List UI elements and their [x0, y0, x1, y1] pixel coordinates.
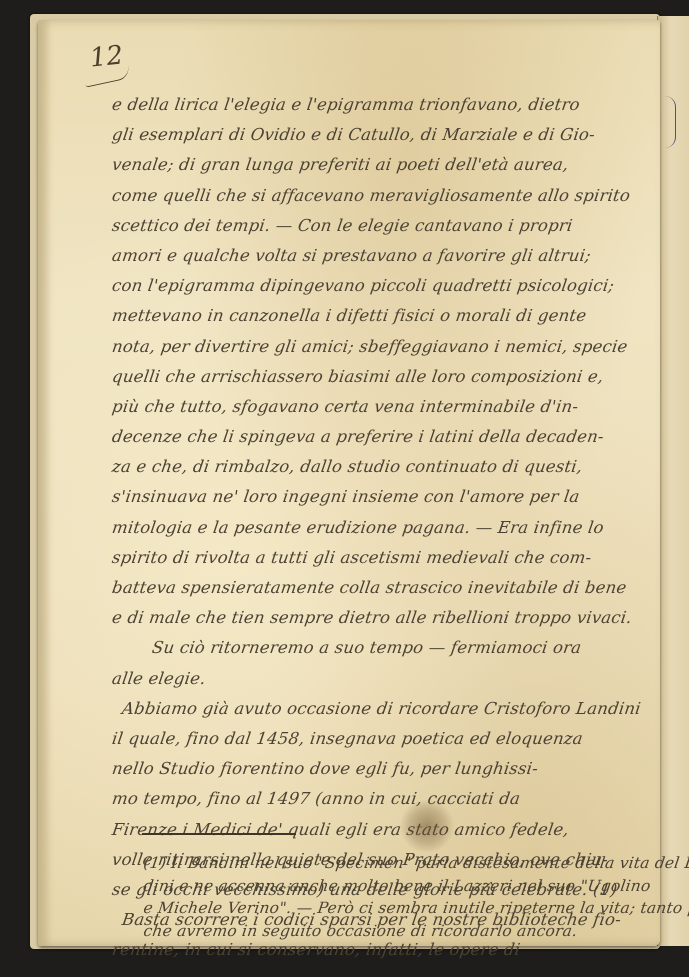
text-line: alle elegie. [110, 664, 654, 694]
text-line: nello Studio fiorentino dove egli fu, pe… [110, 754, 654, 784]
text-line: amori e qualche volta si prestavano a fa… [110, 241, 654, 271]
page-binding-shadow [38, 20, 52, 946]
pencil-bracket-mark [665, 96, 676, 148]
footnote-line: dini e ne accenna anche molto bene il La… [142, 875, 665, 898]
footnote-separator [142, 833, 296, 835]
text-line: batteva spensieratamente colla strascico… [110, 573, 654, 603]
text-line: più che tutto, sfogavano certa vena inte… [110, 392, 654, 422]
paragraph-start-line: Su ciò ritorneremo a suo tempo — fermiam… [110, 633, 654, 663]
text-line: con l'epigramma dipingevano piccoli quad… [110, 271, 654, 301]
facing-page-edge [657, 16, 689, 946]
text-line: mitologia e la pesante erudizione pagana… [110, 513, 654, 543]
text-line: decenze che li spingeva a preferire i la… [110, 422, 654, 452]
text-line: quelli che arrischiassero biasimi alle l… [110, 362, 654, 392]
text-line: scettico dei tempi. — Con le elegie cant… [110, 211, 654, 241]
text-line: venale; di gran lunga preferiti ai poeti… [110, 150, 654, 180]
text-line: e di male che tien sempre dietro alle ri… [110, 603, 654, 633]
text-line: mettevano in canzonella i difetti fisici… [110, 301, 654, 331]
footnote-line: e Michele Verino". — Però ci sembra inut… [142, 897, 665, 920]
footnote-line: (1) Il Bandini nel suo "Specimen" parla … [142, 852, 665, 875]
text-line: spirito di rivolta a tutti gli ascetismi… [110, 543, 654, 573]
text-line: come quelli che si affacevano meraviglio… [110, 181, 654, 211]
paragraph-start-line: Abbiamo già avuto occasione di ricordare… [110, 694, 654, 724]
manuscript-page: 12 e della lirica l'elegia e l'epigramma… [38, 20, 660, 946]
ink-stain [398, 800, 456, 852]
text-line: il quale, fino dal 1458, insegnava poeti… [110, 724, 654, 754]
manuscript-scan: 12 e della lirica l'elegia e l'epigramma… [0, 0, 689, 977]
text-line: gli esemplari di Ovidio e di Catullo, di… [110, 120, 654, 150]
text-line: e della lirica l'elegia e l'epigramma tr… [110, 90, 654, 120]
text-line: nota, per divertire gli amici; sbeffeggi… [110, 332, 654, 362]
text-line: mo tempo, fino al 1497 (anno in cui, cac… [110, 784, 654, 814]
footnote-line: che avremo in seguito occasione di ricor… [142, 920, 665, 943]
text-line: za e che, di rimbalzo, dallo studio cont… [110, 452, 654, 482]
text-line: s'insinuava ne' loro ingegni insieme con… [110, 482, 654, 512]
footnote: (1) Il Bandini nel suo "Specimen" parla … [142, 852, 662, 942]
text-line: Firenze i Medici de' quali egli era stat… [110, 815, 654, 845]
